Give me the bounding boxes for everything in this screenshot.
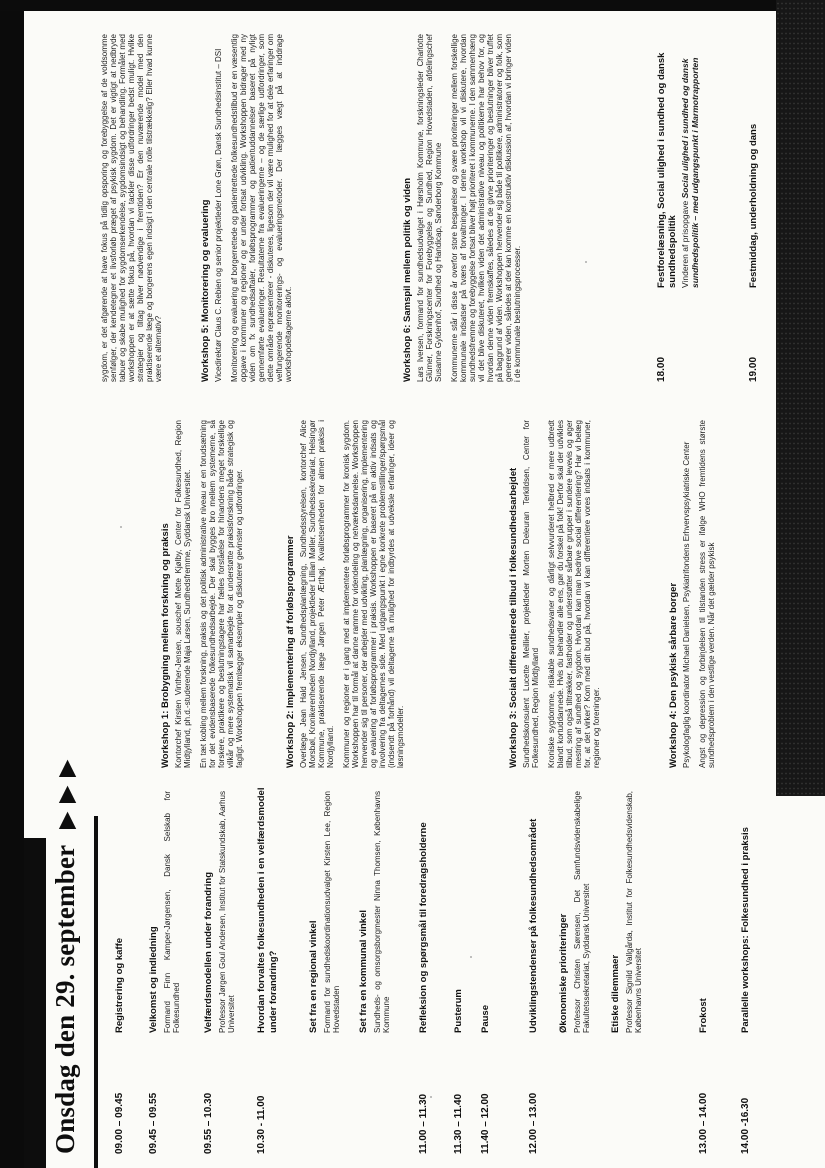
workshop-2-section: Workshop 2: Implementering af forløbspro… [285, 412, 405, 768]
workshop-speakers: Sundhedskonsulent Lucette Meillier, proj… [522, 420, 540, 768]
scan-edge-shadow-right [0, 0, 825, 11]
evening-row: 19.00 Festmiddag, underholdning og dans [748, 22, 759, 382]
workshop-6-section: Workshop 6: Samspil mellem politik og vi… [402, 26, 522, 382]
time-label: 11.40 – 12.00 [480, 1034, 491, 1154]
session-title: Hvordan forvaltes folkesundheden i en ve… [256, 780, 279, 1033]
session-title: Velkomst og indledning [148, 780, 160, 1033]
workshop-heading: Workshop 1: Brobygning mellem forskning … [160, 412, 171, 768]
schedule-row: 09.45 – 09.55 Velkomst og indledning For… [148, 774, 181, 1154]
evening-subtitle: Vinderen af prisopgave Social ulighed i … [680, 30, 700, 288]
triple-right-arrows-icon: ▶ ▶ ▶ [54, 759, 79, 829]
workshop-paragraph: Kroniske sygdomme, risikable sundhedsvan… [547, 420, 601, 768]
workshop-speakers: Overlæge Jean Hald Jensen, Sundhedsplanl… [299, 420, 335, 768]
evening-title: Festforelæsning, Social ulighed i sundhe… [656, 30, 678, 288]
workshop-paragraph: Angst og depression og forbindelsen til … [698, 420, 716, 768]
session-title: Refleksion og spørgsmål til foredragshol… [418, 780, 430, 1033]
session-title: Pusterum [453, 780, 465, 1033]
subsession-speakers: Formand for sundhedskoordinationsudvalge… [323, 791, 341, 1033]
session-title: Frokost [698, 780, 710, 1033]
subsession-speakers: Sundheds- og omsorgsborgmester Ninna Tho… [373, 791, 391, 1033]
subsession-speakers: Professor Christen Sørensen, Det Samfund… [573, 791, 591, 1033]
time-label: 09.45 – 09.55 [148, 1034, 159, 1154]
time-label: 18.00 [656, 292, 667, 382]
subsession-title: Set fra en kommunal vinkel [358, 780, 370, 1033]
workshop-paragraph: sygdom, er det afgørende at have fokus p… [100, 34, 163, 382]
time-label: 19.00 [748, 292, 759, 382]
time-label: 09.00 – 09.45 [114, 1034, 125, 1154]
workshop-speakers: Psykologfaglig koordinator Michael Danie… [682, 420, 691, 768]
scan-speck [430, 1096, 432, 1098]
session-title: Pause [480, 780, 492, 1033]
schedule-subrow: Økonomiske prioriteringer Professor Chri… [558, 774, 591, 1154]
program-page-content: Onsdag den 29. september▶ ▶ ▶ 09.00 – 09… [0, 0, 825, 1168]
page-title: Onsdag den 29. september▶ ▶ ▶ [50, 514, 81, 1154]
schedule-subrow: Set fra en kommunal vinkel Sundheds- og … [358, 774, 391, 1154]
workshop-heading: Workshop 4: Den psykisk sårbare borger [668, 412, 679, 768]
scan-edge-shadow-bottom [776, 0, 825, 796]
workshop-4-continuation: sygdom, er det afgørende at have fokus p… [100, 26, 163, 382]
schedule-row: 09.00 – 09.45 Registrering og kaffe [114, 774, 126, 1154]
schedule-row: 10.30 - 11.00 Hvordan forvaltes folkesun… [256, 774, 279, 1154]
workshop-1-section: Workshop 1: Brobygning mellem forskning … [160, 412, 244, 768]
evening-row: 18.00 Festforelæsning, Social ulighed i … [656, 22, 700, 382]
scan-edge-shadow-wedge [24, 838, 46, 1168]
scanned-program-page: Onsdag den 29. september▶ ▶ ▶ 09.00 – 09… [0, 0, 825, 1168]
workshop-paragraph: Kommuner og regioner er i gang med at im… [342, 420, 405, 768]
workshop-speakers: Lars Iversen, formand for sundhedsudvalg… [416, 34, 443, 382]
scan-speck [470, 956, 472, 958]
workshop-heading: Workshop 2: Implementering af forløbspro… [285, 412, 296, 768]
scan-speck [120, 526, 122, 528]
time-label: 13.00 – 14.00 [698, 1034, 709, 1154]
workshop-speakers: Vicedirektør Claus C. Rebien og senior p… [214, 34, 223, 382]
time-label: 12.00 – 13.00 [528, 1034, 539, 1154]
schedule-row: 12.00 – 13.00 Udviklingstendenser på fol… [528, 774, 540, 1154]
workshop-speakers: Kontorchef Kirsten Vinther-Jensen, sousc… [174, 420, 192, 768]
schedule-row: 11.40 – 12.00 Pause [480, 774, 492, 1154]
subsession-title: Etiske dilemmaer [610, 780, 622, 1033]
session-title: Velfærdsmodellen under forandring [203, 780, 215, 1033]
schedule-row: 14.00 -16.30 Parallelle workshops: Folke… [740, 774, 752, 1154]
header-rule [94, 816, 98, 1168]
evening-title: Festmiddag, underholdning og dans [748, 30, 759, 288]
scan-edge-shadow-top [0, 0, 24, 1168]
time-label: 11.00 – 11.30 [418, 1034, 429, 1154]
schedule-row: 11.30 – 11.40 Pusterum [453, 774, 465, 1154]
workshop-4-section: Workshop 4: Den psykisk sårbare borger P… [668, 412, 716, 768]
time-label: 11.30 – 11.40 [453, 1034, 464, 1154]
session-title: Registrering og kaffe [114, 780, 126, 1033]
workshop-heading: Workshop 3: Socialt differentierede tilb… [508, 412, 519, 768]
time-label: 10.30 - 11.00 [256, 1034, 267, 1154]
schedule-row: 11.00 – 11.30 Refleksion og spørgsmål ti… [418, 774, 430, 1154]
subsession-title: Set fra en regional vinkel [308, 780, 320, 1033]
scan-speck [585, 261, 587, 263]
session-speakers: Formand Finn Kamper-Jørgensen, Dansk Sel… [163, 791, 181, 1033]
subsession-title: Økonomiske prioriteringer [558, 780, 570, 1033]
workshop-3-section: Workshop 3: Socialt differentierede tilb… [508, 412, 601, 768]
workshop-paragraph: Kommunerne står i disse år overfor store… [450, 34, 522, 382]
time-label: 09.55 – 10.30 [203, 1034, 214, 1154]
schedule-subrow: Set fra en regional vinkel Formand for s… [308, 774, 341, 1154]
session-speakers: Professor Jørgen Goul Andersen, Institut… [218, 791, 236, 1033]
workshop-5-section: Workshop 5: Monitorering og evaluering V… [200, 26, 293, 382]
workshop-heading: Workshop 6: Samspil mellem politik og vi… [402, 26, 413, 382]
subsession-speakers: Professor Signild Vallgårda, Institut fo… [625, 791, 643, 1033]
schedule-row: 13.00 – 14.00 Frokost [698, 774, 710, 1154]
schedule-row: 09.55 – 10.30 Velfærdsmodellen under for… [203, 774, 236, 1154]
workshop-paragraph: Monitorering og evaluering af borgerrett… [230, 34, 293, 382]
session-title: Parallelle workshops: Folkesundhed i pra… [740, 780, 752, 1033]
page-title-text: Onsdag den 29. september [50, 845, 80, 1154]
time-label: 14.00 -16.30 [740, 1034, 751, 1154]
session-title: Udviklingstendenser på folkesundhedsområ… [528, 780, 540, 1033]
workshop-paragraph: En tæt kobling mellem forskning, praksis… [199, 420, 244, 768]
workshop-heading: Workshop 5: Monitorering og evaluering [200, 26, 211, 382]
schedule-subrow: Etiske dilemmaer Professor Signild Vallg… [610, 774, 643, 1154]
